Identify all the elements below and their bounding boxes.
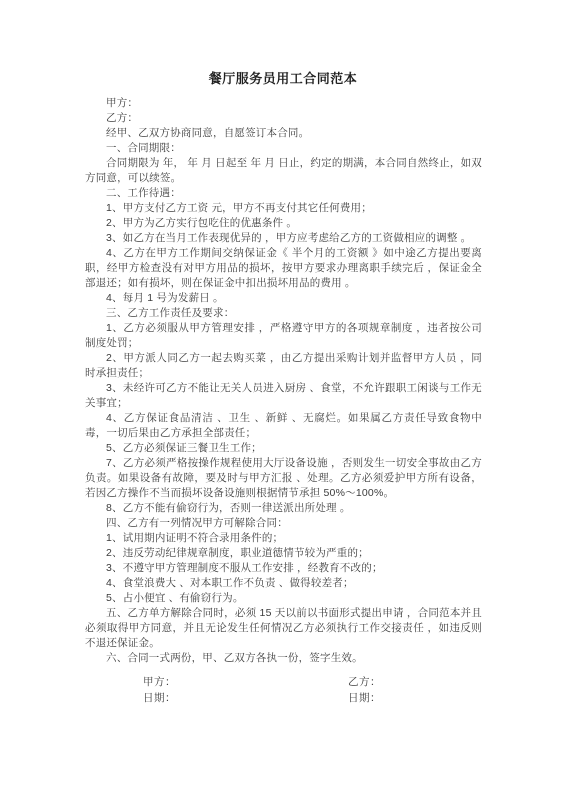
paragraph: 2、甲方派人同乙方一起去购买菜 ，由乙方提出采购计划并监督甲方人员 ，同时承担责… (85, 351, 482, 381)
paragraph: 3、如乙方在当月工作表现优异的 ，甲方应考虑给乙方的工资做相应的调整 。 (85, 231, 482, 246)
paragraph: 4、乙方保证食品清洁 、卫生 、新鲜 、无腐烂。如果属乙方责任导致食物中毒，一切… (85, 411, 482, 441)
paragraph: 1、试用期内证明不符合录用条件的； (85, 531, 482, 546)
signature-block: 甲方： 乙方： 日期： 日期： (143, 674, 381, 706)
party-a-signature-label: 甲方： (143, 674, 348, 690)
paragraph: 四、乙方有一列情况甲方可解除合同： (85, 516, 482, 531)
paragraph: 甲方： (85, 96, 482, 111)
paragraph: 2、甲方为乙方实行包吃住的优惠条件 。 (85, 216, 482, 231)
party-b-signature-label: 乙方： (348, 674, 381, 690)
paragraph: 5、占小便宜 、有偷窃行为。 (85, 591, 482, 606)
paragraph: 7、乙方必须严格按操作规程使用大厅设备设施 ，否则发生一切安全事故由乙方负责。如… (85, 456, 482, 501)
paragraph: 1、乙方必须服从甲方管理安排 ，严格遵守甲方的各项规章制度 ，违者按公司制度处罚… (85, 321, 482, 351)
party-a-date-label: 日期： (143, 690, 348, 706)
paragraph: 8、乙方不能有偷窃行为，否则一律送派出所处理 。 (85, 501, 482, 516)
paragraph: 合同期限为 年， 年 月 日起至 年 月 日止，约定的期满，本合同自然终止，如双… (85, 156, 482, 186)
paragraph: 4、乙方在甲方工作期间交纳保证金《 半个月的工资额 》如中途乙方提出要离职，经甲… (85, 246, 482, 291)
paragraph: 2、违反劳动纪律规章制度，职业道德情节较为严重的； (85, 546, 482, 561)
paragraph: 一、合同期限： (85, 141, 482, 156)
paragraph: 经甲、乙双方协商同意，自愿签订本合同。 (85, 126, 482, 141)
paragraph: 三、乙方工作责任及要求： (85, 306, 482, 321)
paragraph: 1、甲方支付乙方工资 元，甲方不再支付其它任何费用； (85, 201, 482, 216)
paragraph: 六、合同一式两份，甲、乙双方各执一份，签字生效。 (85, 651, 482, 666)
paragraph: 二、工作待遇： (85, 186, 482, 201)
document-title: 餐厅服务员用工合同范本 (0, 70, 566, 88)
paragraph: 4、每月 1 号为发薪日 。 (85, 291, 482, 306)
paragraph: 3、未经许可乙方不能让无关人员进入厨房 、食堂，不允许跟职工闲谈与工作无关事宜； (85, 381, 482, 411)
party-b-date-label: 日期： (348, 690, 381, 706)
contract-document: 餐厅服务员用工合同范本 甲方：乙方：经甲、乙双方协商同意，自愿签订本合同。一、合… (0, 0, 566, 800)
paragraph: 3、不遵守甲方管理制度不服从工作安排 ，经教育不改的； (85, 561, 482, 576)
paragraph: 乙方： (85, 111, 482, 126)
paragraph: 五、乙方单方解除合同时，必须 15 天以前以书面形式提出申请 ，合同范本并且必须… (85, 606, 482, 651)
paragraph: 5、乙方必须保证三餐卫生工作； (85, 441, 482, 456)
contract-body: 甲方：乙方：经甲、乙双方协商同意，自愿签订本合同。一、合同期限：合同期限为 年，… (85, 96, 482, 666)
paragraph: 4、食堂浪费大 、对本职工作不负责 、做得较差者； (85, 576, 482, 591)
